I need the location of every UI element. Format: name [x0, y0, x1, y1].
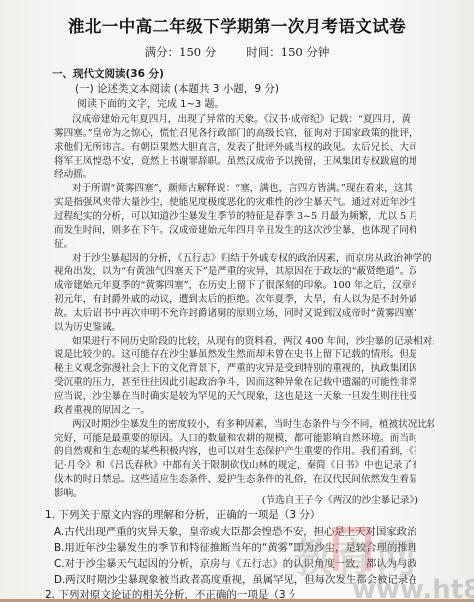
passage-line: 记·月令》和《吕氏春秋》中都有关于限制砍伐山林的规定，秦简《日书》中也记录了有关: [54, 459, 416, 472]
passage-line: 经动摇。: [54, 168, 416, 181]
exam-time: 时间：150 分钟: [246, 44, 329, 60]
reading-instruction: 阅读下面的文字，完成 1~3 题。: [77, 98, 439, 111]
subsection-heading: (一) 论述类文本阅读 (本题共 3 小题，9 分): [75, 83, 437, 96]
passage-line: 对于沙尘暴起因的分析，《五行志》归结于外戚专权的政治因素，而京房从政治神学的: [54, 252, 434, 265]
passage-line: 秘主义观念弥漫社会上下的文化背景下，严重的灾异是受到特别的重视的，执政集团因此承: [54, 362, 416, 375]
passage-line: 伐木的时日禁忌。这些适应生态条件、爱护生态条件的礼俗，在汉代民间依然发生着显著的: [54, 473, 416, 486]
passage-line: 实是指强风夹带大量沙尘，使能见度极度恶化的灾难性的沙尘暴天气。通过对近年沙尘暴的: [54, 196, 416, 209]
full-score: 满分：150 分: [145, 44, 217, 60]
passage-line: 完好，可能是最重要的原因。人口的数量和农耕的规模，都可能影响自然环境。而当时人们: [54, 432, 416, 445]
question-stem: 下列关于原文内容的理解和分析，正确的一项是（3 分）: [58, 509, 320, 521]
passage-line: 将军王凤惶恐不安，竟然上书谢罪辞职。虽然汉成帝予以挽留，王凤集团专权跋扈的地位已: [54, 155, 416, 168]
passage-line: 征。: [54, 238, 416, 251]
passage-line: 过程纪实的分析，可以知道沙尘暴发生季节的特征是春季 3~5 月最为频繁，尤以 5…: [54, 210, 416, 223]
passage-line: 故。太后诏书中再次申明不允许封爵诸舅的原则立场，同时又说到汉成帝时“黄雾四塞”事…: [54, 307, 416, 320]
passage-line: 求他们无所讳言。有朝臣果然大胆直言，发表了批评外戚当权的政见。太后兄长、大司马大: [54, 141, 416, 154]
question-number: 1.: [45, 509, 55, 521]
passage-line: 说是比较少的。这可能存在沙尘暴虽然发生然而却未曾在史书上留下记载的情形。但是在神: [54, 348, 416, 361]
passage-line: 以为历史鉴诫。: [54, 321, 416, 334]
passage-line: 两汉时期沙尘暴发生的密度较小，有多种因素，当时生态条件与今不同，植被状况比较: [54, 418, 434, 431]
watermark-url: www.ht88.com: [352, 575, 474, 602]
passage-line: 应当说，沙尘暴在当时确实是较为罕见的天气现象，这也是这一天象一旦发生则往往受到当: [54, 390, 416, 403]
passage-line: 视角出发，以为“有黄浊气四塞天下”是严重的灾异，其原因在于政坛的“蔽贤绝道”。汉: [54, 265, 416, 278]
passage-line: 成帝建始元年夏季的“黄雾四塞”，在历史上留下了很深刻的印象。100 年之后，汉章…: [54, 279, 416, 292]
exam-meta: 满分：150 分时间：150 分钟: [0, 44, 474, 60]
passage-line: 的自然观和生态观的某些积极内容，也可以对生态保护产生重要的作用。我们看到，《礼: [54, 445, 416, 458]
passage-line: 初元年，有封爵外戚的动议，遭到太后的拒绝。次年夏季，大旱，有人以为是不封外戚的缘: [54, 293, 416, 306]
passage-line: 如果进行不同历史阶段的比较，从现有的资料看，两汉 400 年间，沙尘暴的记录相对…: [54, 335, 434, 348]
passage-line: 汉成帝建始元年夏四月，出现了异常的天象。《汉书·成帝纪》记载：“夏四月，黄: [54, 113, 434, 126]
question-1: 1. 下列关于原文内容的理解和分析，正确的一项是（3 分）: [45, 509, 407, 522]
exam-page: 淮北一中高二年级下学期第一次月考语文试卷 满分：150 分时间：150 分钟 一…: [0, 0, 474, 602]
passage-line: 对于所谓“黄雾四塞”，颜师古解释说：“塞，满也，言四方皆满。”现在看来，这其: [54, 182, 434, 195]
exam-title: 淮北一中高二年级下学期第一次月考语文试卷: [0, 13, 474, 37]
passage-line: 雾四塞。”皇帝为之惊心，慌忙召见各行政部门的高级长官，征询对于国家政策的批评，要: [54, 127, 416, 140]
passage-source: (节选自王子今《两汉的沙尘暴记录》): [54, 494, 418, 507]
passage-line: 受沉重的压力，甚至往往因此引起政治争斗，因而这种异象在记载中遗漏的可能性非常小。: [54, 376, 416, 389]
passage-line: 政者重视的原因之一。: [54, 404, 416, 417]
passage-line: 而发生时间，则多在下午。汉成帝建始元年四月辛丑发生的这次沙尘暴，也体现了同样的特: [54, 224, 416, 237]
section-heading: 一、现代文阅读(36 分): [52, 68, 414, 81]
